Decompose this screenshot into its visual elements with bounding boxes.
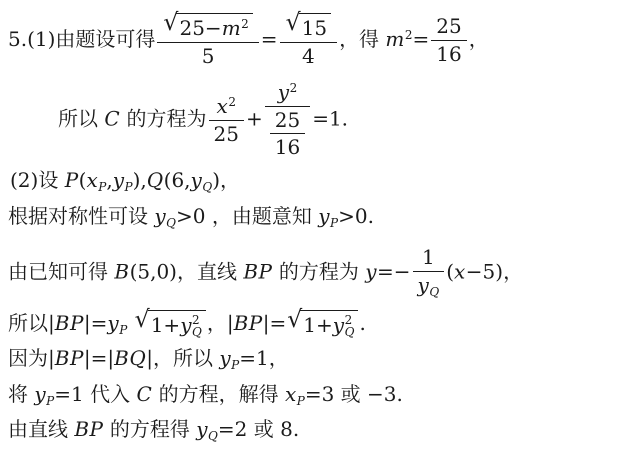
solution-line-5-content: 由已知可得 B(5,0)，直线 BP 的方程为 y=−1yQ(x−5)， <box>8 246 523 300</box>
math-number: =2 <box>218 417 247 441</box>
math-variable: y <box>365 260 377 284</box>
text-run: 由已知可得 <box>8 260 114 284</box>
math-subsup: 2Q <box>192 314 202 338</box>
solution-line-7-content: 因为|BP|=|BQ|，所以 yP=1， <box>8 345 289 374</box>
fraction-denominator: 2516 <box>265 107 310 159</box>
math-variable: y <box>34 382 46 406</box>
fraction-numerator: 25 <box>431 15 466 41</box>
math-variable: m <box>385 27 404 51</box>
math-fraction: x225 <box>209 95 244 146</box>
solution-line-8-content: 将 yP=1 代入 C 的方程，解得 xP=3 或 −3. <box>8 381 403 410</box>
math-subscript: P <box>125 180 133 194</box>
math-variable: P <box>65 168 79 192</box>
solution-line-8: 将 yP=1 代入 C 的方程，解得 xP=3 或 −3. <box>8 380 403 410</box>
math-square-root: √1+y2Q <box>287 310 358 339</box>
math-variable: x <box>285 382 297 406</box>
math-variable: y <box>333 313 345 337</box>
math-number: = <box>413 27 430 51</box>
math-variable: x <box>454 260 466 284</box>
solution-line-4: 根据对称性可设 yQ>0 ，由题意知 yP>0. <box>8 202 374 232</box>
text-run: 5.(1)由题设可得 <box>8 27 155 51</box>
math-number: + <box>246 107 263 131</box>
math-number: 25 <box>275 108 300 132</box>
math-variable: Q <box>147 168 164 192</box>
radicand: 1+y2Q <box>300 310 358 339</box>
math-subscript: P <box>297 394 305 408</box>
math-variable: BP <box>55 346 84 370</box>
math-variable: m <box>222 16 241 40</box>
math-number: −5) <box>466 260 503 284</box>
radicand: 1+y2Q <box>148 310 206 339</box>
math-number: 8. <box>280 417 299 441</box>
text-run: 因为 <box>8 346 48 370</box>
text-run: ， <box>469 27 489 51</box>
text-run: ，所以 <box>153 346 219 370</box>
math-number: −3. <box>367 382 403 406</box>
text-run: 根据对称性可设 <box>8 204 154 228</box>
fraction-denominator: yQ <box>413 272 445 300</box>
text-run: 将 <box>8 382 34 406</box>
math-number: | <box>146 346 153 370</box>
math-number: =1 <box>239 346 268 370</box>
text-run: 的方程为 <box>273 260 366 284</box>
math-variable: y <box>196 417 208 441</box>
math-fraction: 2516 <box>270 109 305 159</box>
math-number: =3 <box>305 382 334 406</box>
math-number: 1 <box>422 245 435 269</box>
solution-line-3-content: (2)设 P(xP,yP),Q(6,yQ)， <box>10 167 240 196</box>
solution-line-6: 所以|BP|=yP √1+y2Q，|BP|=√1+y2Q. <box>8 306 366 342</box>
math-variable: y <box>113 168 125 192</box>
math-variable: y <box>154 204 166 228</box>
math-number: |= <box>263 311 287 335</box>
math-subscript: Q <box>166 216 176 230</box>
math-number: =1. <box>312 107 348 131</box>
math-subscript: Q <box>429 285 439 299</box>
solution-line-2-content: 所以 C 的方程为x225+y22516=1. <box>58 81 348 159</box>
text-run: 由直线 <box>8 417 74 441</box>
text-run: 或 <box>334 382 367 406</box>
math-number: 4 <box>302 44 315 68</box>
math-square-root: √25−m2 <box>163 13 252 40</box>
math-number: >0 <box>176 204 212 228</box>
fraction-denominator: 16 <box>431 41 466 66</box>
math-number: (6, <box>164 168 191 192</box>
text-run: ，由题意知 <box>212 204 318 228</box>
math-solution-document: 5.(1)由题设可得√25−m25=√154，得 m2=2516，所以 C 的方… <box>0 0 621 449</box>
solution-line-3: (2)设 P(xP,yP),Q(6,yQ)， <box>10 166 240 196</box>
fraction-denominator: 4 <box>280 43 338 68</box>
solution-line-1: 5.(1)由题设可得√25−m25=√154，得 m2=2516， <box>8 8 489 72</box>
math-number: | <box>227 311 234 335</box>
math-fraction: y22516 <box>265 81 310 159</box>
math-number: 25 <box>436 14 461 38</box>
fraction-denominator: 25 <box>209 121 244 146</box>
math-subscript: Q <box>345 326 355 338</box>
text-run: ，得 <box>339 27 385 51</box>
math-fraction: 2516 <box>431 15 466 66</box>
math-number: ( <box>446 260 454 284</box>
math-number: >0. <box>338 204 374 228</box>
text-run: ，直线 <box>177 260 243 284</box>
text-run: ， <box>269 346 289 370</box>
math-variable: y <box>219 346 231 370</box>
math-variable: BP <box>55 311 84 335</box>
math-number: . <box>359 311 365 335</box>
radical-sign-icon: √ <box>286 11 301 35</box>
math-variable: y <box>318 204 330 228</box>
math-superscript: 2 <box>228 95 236 109</box>
text-run: 所以 <box>58 107 104 131</box>
fraction-denominator: 5 <box>157 43 258 68</box>
math-number: 25− <box>179 16 221 40</box>
math-solution-page: { "page": { "background": "#ffffff", "te… <box>0 0 621 449</box>
math-number: 1+ <box>151 313 180 337</box>
text-run: 所以 <box>8 311 48 335</box>
math-number: 5 <box>202 44 215 68</box>
math-superscript: 2 <box>290 81 298 95</box>
text-run: (2)设 <box>10 168 65 192</box>
math-subscript: Q <box>202 180 212 194</box>
math-fraction: √25−m25 <box>157 13 258 68</box>
math-variable: B <box>114 260 129 284</box>
fraction-numerator: 25 <box>270 109 305 134</box>
solution-line-7: 因为|BP|=|BQ|，所以 yP=1， <box>8 344 289 374</box>
math-square-root: √15 <box>286 13 332 40</box>
math-variable: C <box>104 107 120 131</box>
math-number: |=| <box>84 346 114 370</box>
math-number: 25 <box>214 122 239 146</box>
fraction-numerator: √15 <box>280 13 338 43</box>
math-variable: BQ <box>114 346 146 370</box>
math-superscript: 2 <box>241 17 249 31</box>
math-number: | <box>48 311 55 335</box>
math-variable: x <box>217 94 229 118</box>
radicand: 25−m2 <box>176 13 252 40</box>
text-run: 的方程，解得 <box>152 382 285 406</box>
math-variable: BP <box>234 311 263 335</box>
radical-sign-icon: √ <box>163 11 178 35</box>
math-subscript: Q <box>208 429 218 443</box>
fraction-numerator: 1 <box>413 246 445 272</box>
solution-line-6-content: 所以|BP|=yP √1+y2Q，|BP|=√1+y2Q. <box>8 310 366 339</box>
solution-line-9-content: 由直线 BP 的方程得 yQ=2 或 8. <box>8 416 299 445</box>
solution-line-1-content: 5.(1)由题设可得√25−m25=√154，得 m2=2516， <box>8 13 489 68</box>
math-number: )， <box>212 168 240 192</box>
solution-line-4-content: 根据对称性可设 yQ>0 ，由题意知 yP>0. <box>8 203 374 232</box>
radical-sign-icon: √ <box>287 308 302 332</box>
math-variable: x <box>86 168 98 192</box>
math-variable: y <box>418 273 430 297</box>
math-variable: y <box>107 311 119 335</box>
math-number: |= <box>84 311 108 335</box>
fraction-denominator: 16 <box>270 134 305 159</box>
text-run: 代入 <box>84 382 137 406</box>
text-run: ， <box>503 260 523 284</box>
math-superscript: 2 <box>405 28 413 42</box>
math-variable: y <box>278 80 290 104</box>
math-square-root: √1+y2Q <box>135 310 206 339</box>
math-number: =− <box>377 260 411 284</box>
math-number: = <box>261 27 278 51</box>
text-run: 的方程得 <box>104 417 197 441</box>
math-variable: y <box>191 168 203 192</box>
text-run: ， <box>207 311 227 335</box>
text-run: 的方程为 <box>120 107 206 131</box>
radical-sign-icon: √ <box>135 308 150 332</box>
math-variable: BP <box>243 260 272 284</box>
math-number: =1 <box>54 382 83 406</box>
solution-line-9: 由直线 BP 的方程得 yQ=2 或 8. <box>8 415 299 445</box>
math-subscript: P <box>330 216 338 230</box>
math-fraction: √154 <box>280 13 338 68</box>
math-variable: C <box>136 382 152 406</box>
math-fraction: 1yQ <box>413 246 445 300</box>
math-variable: BP <box>74 417 103 441</box>
math-subscript: Q <box>192 326 202 338</box>
radicand: 15 <box>299 13 331 40</box>
solution-line-2: 所以 C 的方程为x225+y22516=1. <box>58 78 348 162</box>
fraction-numerator: y2 <box>265 81 310 107</box>
text-run: 或 <box>247 417 280 441</box>
fraction-numerator: x2 <box>209 95 244 121</box>
fraction-numerator: √25−m2 <box>157 13 258 43</box>
math-number: 16 <box>436 42 461 66</box>
math-number <box>127 311 133 335</box>
solution-line-5: 由已知可得 B(5,0)，直线 BP 的方程为 y=−1yQ(x−5)， <box>8 242 523 304</box>
math-number: 1+ <box>303 313 332 337</box>
math-number: (5,0) <box>130 260 177 284</box>
math-variable: y <box>180 313 192 337</box>
math-number: 15 <box>302 16 327 40</box>
math-number: | <box>48 346 55 370</box>
math-subsup: 2Q <box>345 314 355 338</box>
math-number: 16 <box>275 135 300 159</box>
